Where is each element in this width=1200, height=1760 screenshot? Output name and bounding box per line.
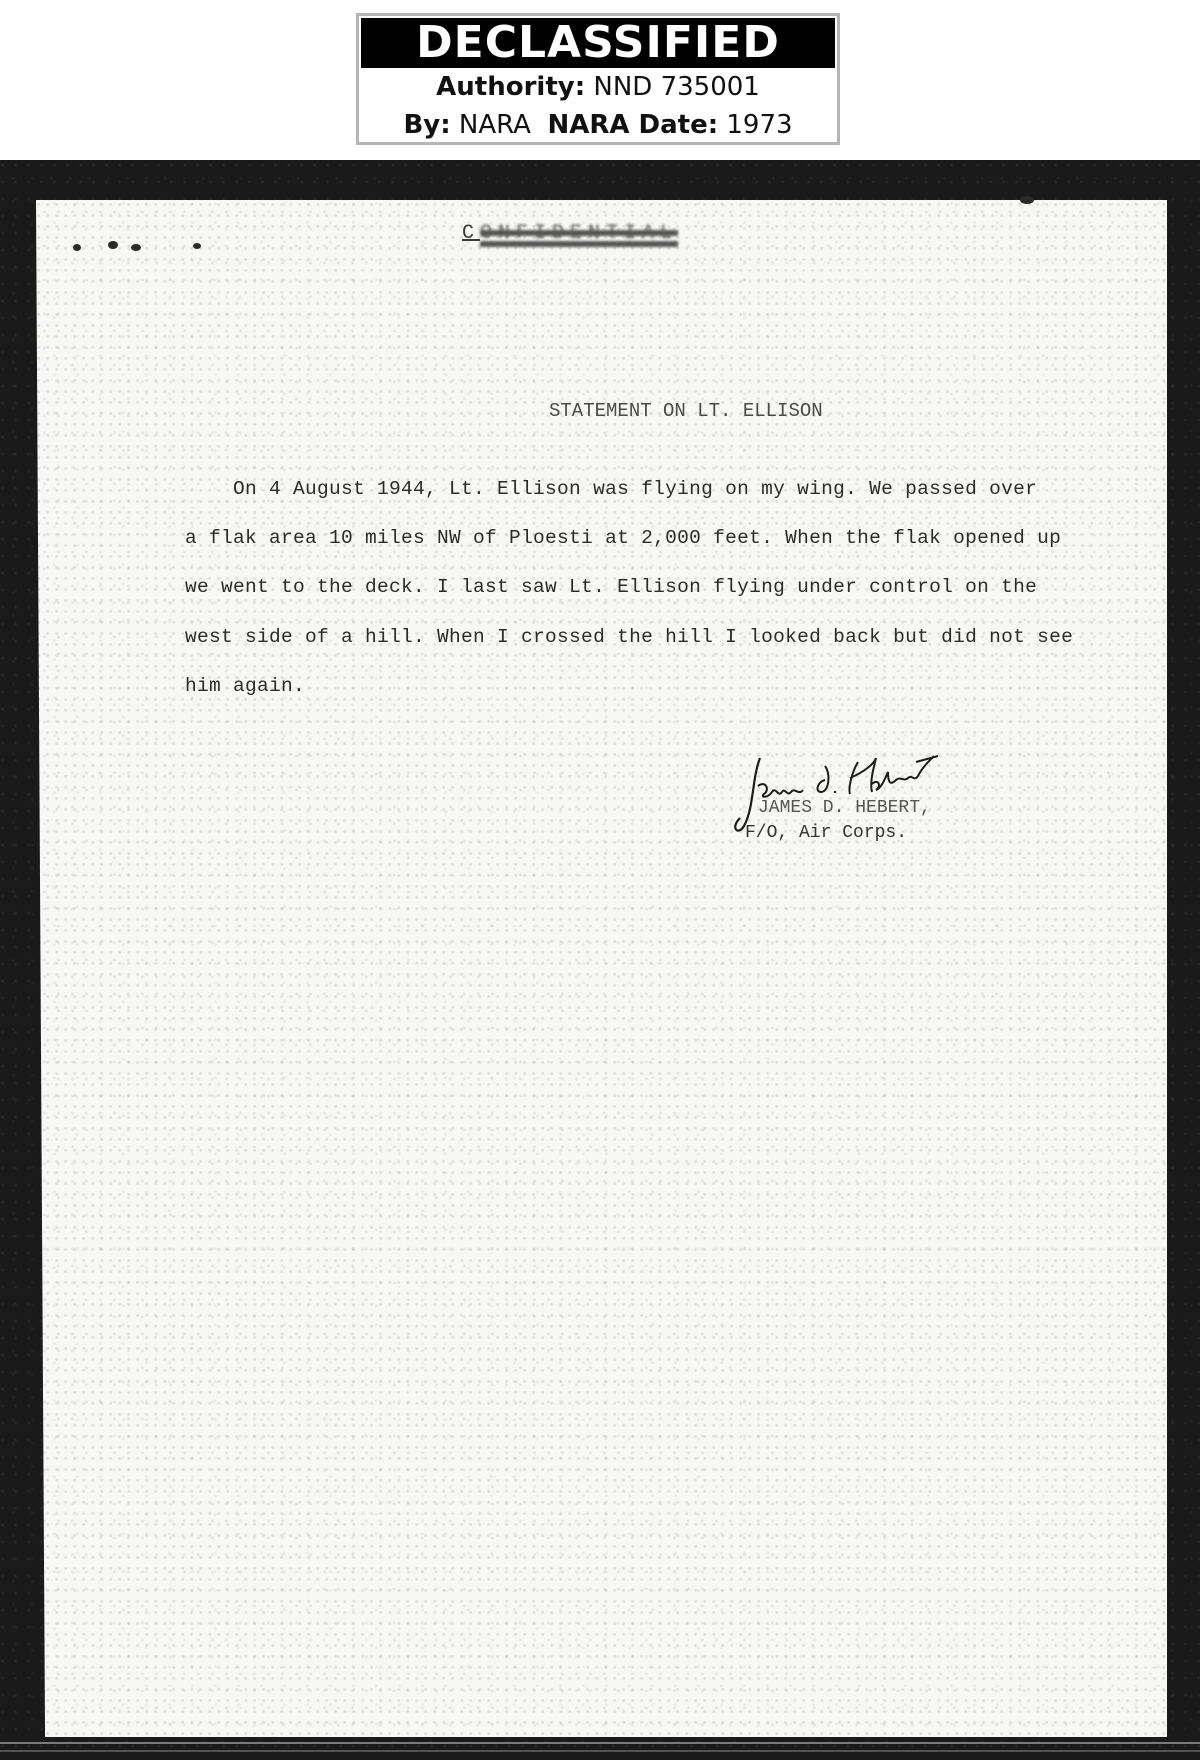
stamp-authority-label: Authority:	[436, 72, 585, 102]
stamp-by-date: By: NARA NARA Date: 1973	[359, 106, 837, 144]
classification-marking: CONFIDENTIAL	[462, 222, 678, 245]
signatory-name: JAMES D. HEBERT,	[758, 798, 931, 818]
document-title: STATEMENT ON LT. ELLISON	[549, 400, 823, 422]
body-line: On 4 August 1944, Lt. Ellison was flying…	[185, 478, 1037, 500]
stamp-heading: DECLASSIFIED	[361, 18, 835, 68]
ink-smudge	[108, 241, 118, 249]
declassified-stamp: DECLASSIFIED Authority: NND 735001 By: N…	[356, 13, 840, 145]
body-line: west side of a hill. When I crossed the …	[185, 626, 1073, 648]
scan-edge-line	[0, 1750, 1200, 1752]
classification-struck-text: ONFIDENTIAL	[480, 222, 678, 245]
ink-smudge	[193, 243, 201, 249]
stamp-authority: Authority: NND 735001	[359, 68, 837, 106]
stamp-by-label: By:	[403, 110, 450, 140]
scan-edge-line	[0, 1742, 1200, 1744]
body-line: him again.	[185, 675, 305, 697]
document-page	[36, 200, 1167, 1737]
stamp-date-label: NARA Date:	[547, 110, 718, 140]
classification-visible-letter: C	[462, 222, 480, 245]
stamp-by-value: NARA	[459, 110, 531, 140]
signatory-rank-unit: F/O, Air Corps.	[745, 823, 907, 843]
body-line: a flak area 10 miles NW of Ploesti at 2,…	[185, 527, 1061, 549]
stamp-date-value: 1973	[726, 110, 792, 140]
stamp-authority-value: NND 735001	[593, 72, 759, 102]
ink-smudge	[131, 244, 141, 251]
ink-smudge	[1020, 196, 1034, 204]
body-line: we went to the deck. I last saw Lt. Elli…	[185, 576, 1037, 598]
ink-smudge	[73, 244, 81, 251]
